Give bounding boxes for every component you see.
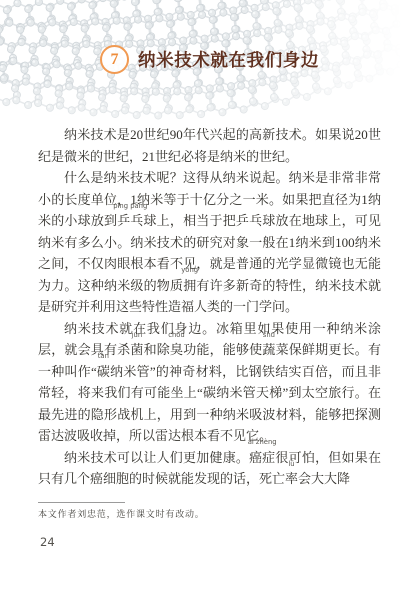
footnote-divider — [38, 502, 125, 503]
pinyin-annotated-word: 率lǜ — [285, 468, 298, 490]
annotated-character: 率 — [285, 471, 298, 486]
pinyin-annotation: shū — [263, 332, 275, 339]
textbook-page: 7 纳米技术就在我们身边 纳米技术是20世纪90年代兴起的高新技术。如果说20世… — [0, 0, 415, 592]
pinyin-annotated-word: 拥yōng — [183, 275, 196, 297]
pinyin-annotated-word: 蔬shū — [262, 339, 275, 361]
pinyin-annotation: tàn — [98, 353, 109, 360]
body-text: 纳米技术是20世纪90年代兴起的高新技术。如果说20世纪是微米的世纪，21世纪必… — [38, 124, 381, 490]
paragraph: 纳米技术是20世纪90年代兴起的高新技术。如果说20世纪是微米的世纪，21世纪必… — [38, 124, 381, 167]
pinyin-annotated-word: 癌症ái zhèng — [249, 447, 275, 469]
annotated-character: 菌 — [130, 342, 143, 357]
lesson-number: 7 — [111, 51, 119, 69]
pinyin-annotated-word: 乒乓pīng pāng — [117, 210, 143, 232]
annotated-character: 蔬 — [262, 342, 275, 357]
pinyin-annotated-word: 臭chòu — [170, 339, 183, 361]
lesson-number-badge: 7 — [100, 45, 129, 74]
pinyin-annotation: yōng — [181, 267, 198, 274]
pinyin-annotation: chòu — [168, 332, 185, 339]
pinyin-annotated-word: 菌jūn — [130, 339, 143, 361]
paragraph: 什么是纳米技术呢？这得从纳米说起。纳米是非常非常小的长度单位，1纳米等于十亿分之… — [38, 167, 381, 318]
pinyin-annotation: lǜ — [288, 461, 294, 468]
paragraph: 纳米技术就在我们身边。冰箱里如果使用一种纳米涂层，就会具有杀菌jūn和除臭chò… — [38, 318, 381, 447]
pinyin-annotation: jūn — [132, 332, 143, 339]
lesson-title: 纳米技术就在我们身边 — [138, 47, 319, 72]
pinyin-annotated-word: 碳tàn — [97, 361, 110, 383]
annotated-character: 臭 — [170, 342, 183, 357]
annotated-character: 乒乓 — [117, 213, 143, 228]
lesson-header: 7 纳米技术就在我们身边 — [100, 45, 319, 74]
paragraph: 纳米技术可以让人们更加健康。癌症ái zhèng很可怕，但如果在只有几个癌细胞的… — [38, 447, 381, 490]
annotated-character: 癌症 — [249, 450, 275, 465]
pinyin-annotation: pīng pāng — [113, 203, 147, 210]
pinyin-annotation: ái zhèng — [248, 439, 277, 446]
page-number: 24 — [40, 535, 55, 549]
annotated-character: 碳 — [97, 364, 110, 379]
footnote: 本文作者刘忠范，选作课文时有改动。 — [38, 507, 381, 520]
annotated-character: 拥 — [183, 278, 196, 293]
